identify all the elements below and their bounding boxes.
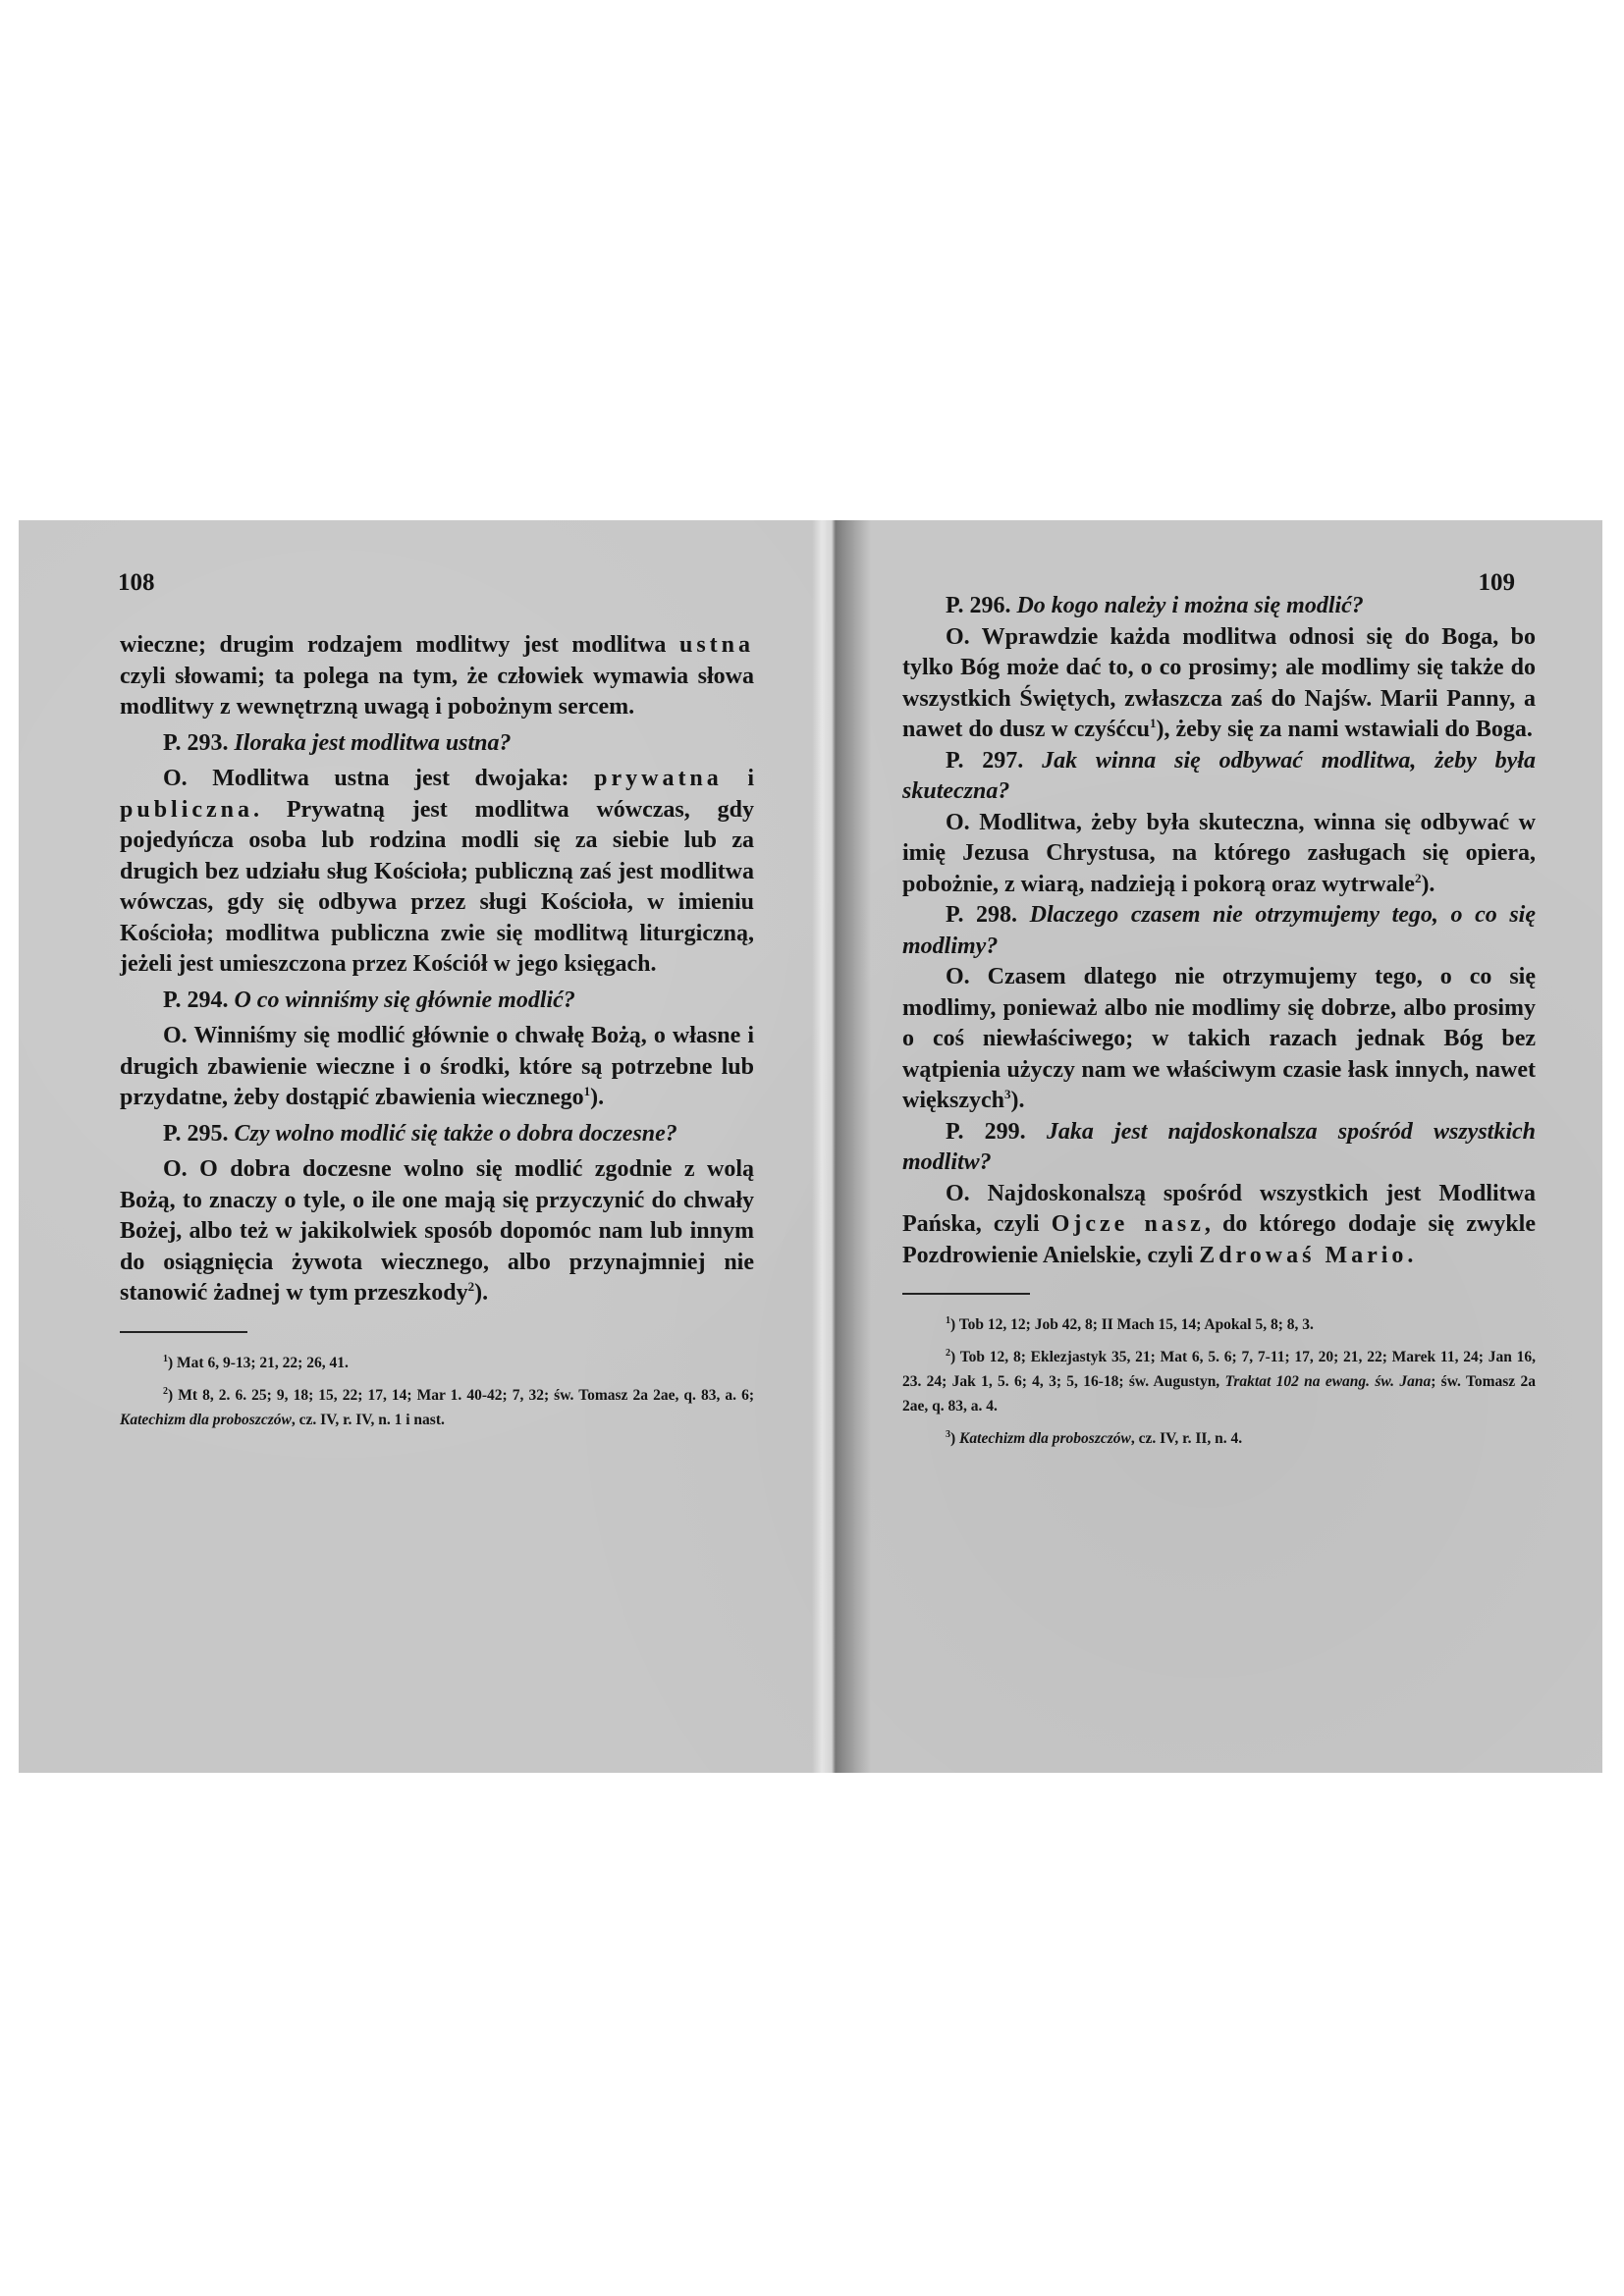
- right-page: 109 P. 296. Do kogo należy i można się m…: [871, 520, 1602, 1773]
- question-295: P. 295. Czy wolno modlić się także o dob…: [120, 1119, 754, 1150]
- footnote: 2) Mt 8, 2. 6. 25; 9, 18; 15, 22; 17, 14…: [120, 1379, 754, 1432]
- answer-298: O. Czasem dlatego nie otrzymujemy tego, …: [902, 962, 1536, 1117]
- question-299: P. 299. Jaka jest najdoskonalsza spośród…: [902, 1117, 1536, 1179]
- question-296: P. 296. Do kogo należy i można się modli…: [902, 591, 1536, 622]
- footnote: 1) Tob 12, 12; Job 42, 8; II Mach 15, 14…: [902, 1308, 1536, 1337]
- question-293: P. 293. Ilorakа jest modlitwa ustna?: [120, 728, 754, 760]
- page-number: 108: [118, 569, 155, 597]
- answer-299: O. Najdoskonalszą spośród wszystkich jes…: [902, 1179, 1536, 1272]
- footnote: 1) Mat 6, 9-13; 21, 22; 26, 41.: [120, 1347, 754, 1375]
- answer-293: O. Modlitwa ustna jest dwojaka: prywatna…: [120, 764, 754, 981]
- footnote: 3) Katechizm dla proboszczów, cz. IV, r.…: [902, 1422, 1536, 1451]
- footnote-divider: [902, 1293, 1030, 1295]
- question-298: P. 298. Dlaczego czasem nie otrzymujemy …: [902, 900, 1536, 962]
- answer-295: O. O dobra doczesne wolno się modlić zgo…: [120, 1154, 754, 1309]
- book-gutter-shadow: [812, 520, 871, 1773]
- question-294: P. 294. O co winniśmy się głównie modlić…: [120, 986, 754, 1017]
- right-page-body: P. 296. Do kogo należy i można się modli…: [902, 591, 1536, 1455]
- book-spread-scan: 108 wieczne; drugim rodzajem modlitwy je…: [19, 520, 1602, 1773]
- answer-294: O. Winniśmy się modlić głównie o chwałę …: [120, 1021, 754, 1114]
- left-page-body: wieczne; drugim rodzajem modlitwy jest m…: [120, 630, 754, 1436]
- question-297: P. 297. Jak winna się odbywać modlitwa, …: [902, 746, 1536, 808]
- footnotes: 1) Tob 12, 12; Job 42, 8; II Mach 15, 14…: [902, 1308, 1536, 1451]
- continued-paragraph: wieczne; drugim rodzajem modlitwy jest m…: [120, 630, 754, 723]
- footnote: 2) Tob 12, 8; Eklezjastyk 35, 21; Mat 6,…: [902, 1341, 1536, 1418]
- answer-297: O. Modlitwa, żeby była skuteczna, winna …: [902, 808, 1536, 901]
- footnotes: 1) Mat 6, 9-13; 21, 22; 26, 41. 2) Mt 8,…: [120, 1347, 754, 1432]
- footnote-divider: [120, 1331, 247, 1333]
- left-page: 108 wieczne; drugim rodzajem modlitwy je…: [19, 520, 812, 1773]
- answer-296: O. Wprawdzie każda modlitwa odnosi się d…: [902, 622, 1536, 746]
